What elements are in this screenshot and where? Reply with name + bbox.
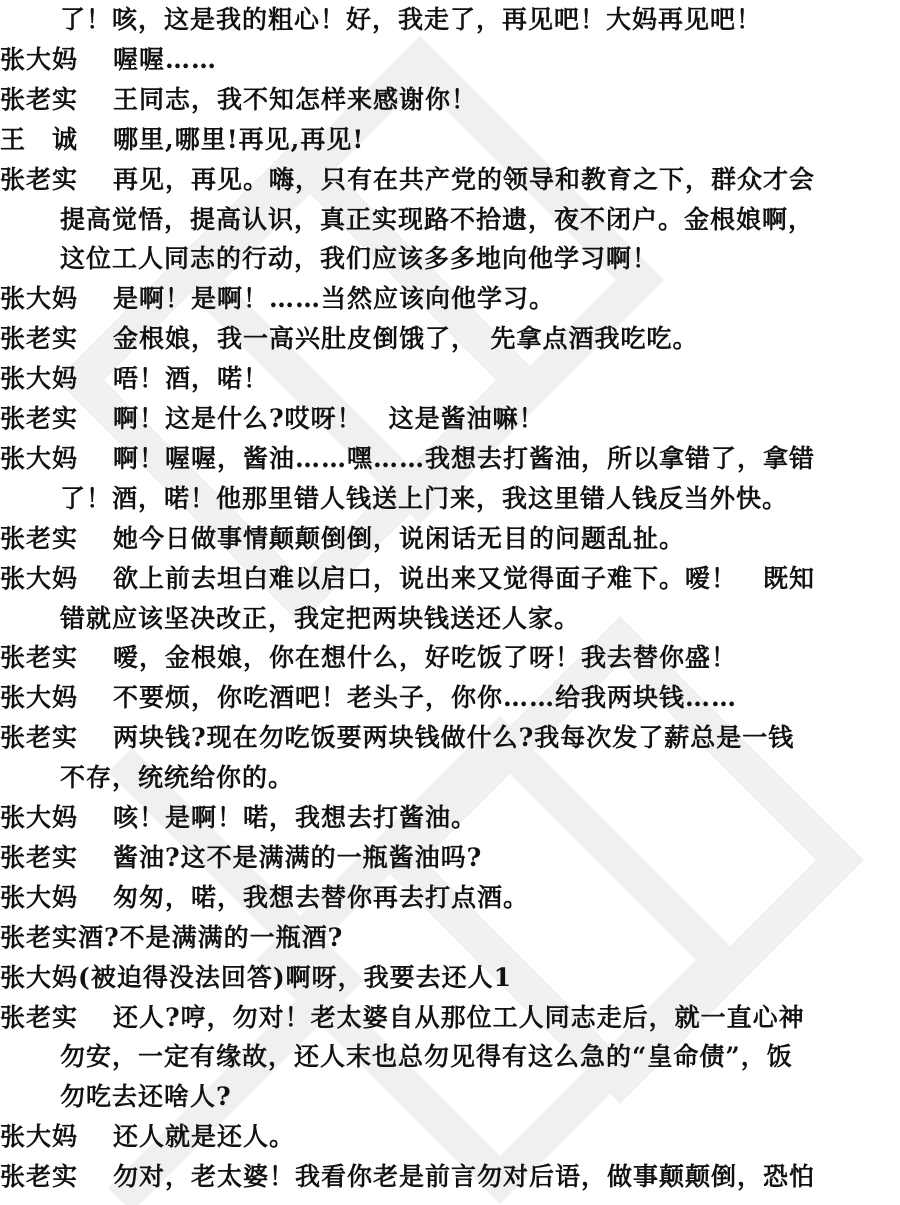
speaker-name: 张大妈 (0, 798, 78, 838)
speech-text: 欲上前去坦白难以启口，说出来又觉得面子难下。嗳！ 既知 (113, 559, 815, 599)
speech-text: 还人?哼，勿对！老太婆自从那位工人同志走后，就一直心神 (113, 998, 805, 1038)
speaker-name: 张老实 (0, 998, 78, 1038)
speech-continuation: 了！咳，这是我的粗心！好，我走了，再见吧！大妈再见吧！ (60, 0, 762, 40)
speech-continuation: 提高觉悟，提高认识，真正实现路不拾遗，夜不闭户。金根娘啊， (60, 200, 814, 240)
speech-inline: 张大妈(被迫得没法回答)啊呀，我要去还人1 (0, 958, 512, 998)
speaker-name: 张大妈 (0, 359, 78, 399)
speech-text: 啊！喔喔，酱油……嘿……我想去打酱油，所以拿错了，拿错 (113, 439, 815, 479)
speech-text: 唔！酒，喏！ (113, 359, 269, 399)
speech-continuation: 这位工人同志的行动，我们应该多多地向他学习啊！ (60, 239, 658, 279)
speech-text: 两块钱?现在勿吃饭要两块钱做什么?我每次发了薪总是一钱 (113, 718, 794, 758)
speech-text: 嗳，金根娘，你在想什么，好吃饭了呀！我去替你盛！ (113, 638, 737, 678)
speech-continuation: 错就应该坚决改正，我定把两块钱送还人家。 (60, 599, 580, 639)
speaker-name: 张老实 (0, 399, 78, 439)
speech-text: 再见，再见。嗨，只有在共产党的领导和教育之下，群众才会 (113, 160, 815, 200)
speech-text: 是啊！是啊！……当然应该向他学习。 (113, 279, 555, 319)
speech-text: 她今日做事情颠颠倒倒，说闲话无目的问题乱扯。 (113, 519, 685, 559)
speaker-name: 张老实 (0, 1157, 78, 1197)
speech-text: 不要烦，你吃酒吧！老头子，你你……给我两块钱…… (113, 678, 737, 718)
speaker-name: 张大妈 (0, 40, 78, 80)
speech-continuation: 了！酒，喏！他那里错人钱送上门来，我这里错人钱反当外快。 (60, 479, 788, 519)
speech-text: 酱油?这不是满满的一瓶酱油吗? (113, 838, 482, 878)
speech-continuation: 勿安，一定有缘故，还人末也总勿见得有这么急的“皇命债”，饭 (60, 1037, 793, 1077)
speaker-name: 张老实 (0, 838, 78, 878)
speech-inline: 张老实酒?不是满满的一瓶酒? (0, 918, 343, 958)
speech-text: 咳！是啊！喏，我想去打酱油。 (113, 798, 477, 838)
speech-text: 匆匆，喏，我想去替你再去打点酒。 (113, 878, 529, 918)
speaker-name: 张大妈 (0, 1117, 78, 1157)
speaker-name: 张大妈 (0, 279, 78, 319)
speaker-name: 张老实 (0, 718, 78, 758)
speaker-name: 张老实 (0, 519, 78, 559)
speech-continuation: 勿吃去还啥人? (60, 1077, 232, 1117)
speaker-name: 张老实 (0, 160, 78, 200)
speaker-name: 张大妈 (0, 878, 78, 918)
speech-text: 王同志，我不知怎样来感谢你！ (113, 80, 477, 120)
speech-text: 金根娘，我一高兴肚皮倒饿了， 先拿点酒我吃吃。 (113, 319, 699, 359)
speaker-name: 张大妈 (0, 678, 78, 718)
speech-continuation: 不存，统统给你的。 (60, 758, 294, 798)
speaker-name: 张大妈 (0, 439, 78, 479)
speaker-name: 张大妈 (0, 559, 78, 599)
speaker-name: 张老实 (0, 319, 78, 359)
speech-text: 喔喔…… (113, 40, 217, 80)
speaker-name: 张老实 (0, 80, 78, 120)
speech-text: 哪里,哪里!再见,再见! (113, 120, 364, 160)
speaker-name: 王 诚 (0, 120, 78, 160)
speech-text: 啊！这是什么?哎呀！ 这是酱油嘛！ (113, 399, 545, 439)
speech-text: 勿对，老太婆！我看你老是前言勿对后语，做事颠颠倒，恐怕 (113, 1157, 815, 1197)
speaker-name: 张老实 (0, 638, 78, 678)
speech-text: 还人就是还人。 (113, 1117, 295, 1157)
